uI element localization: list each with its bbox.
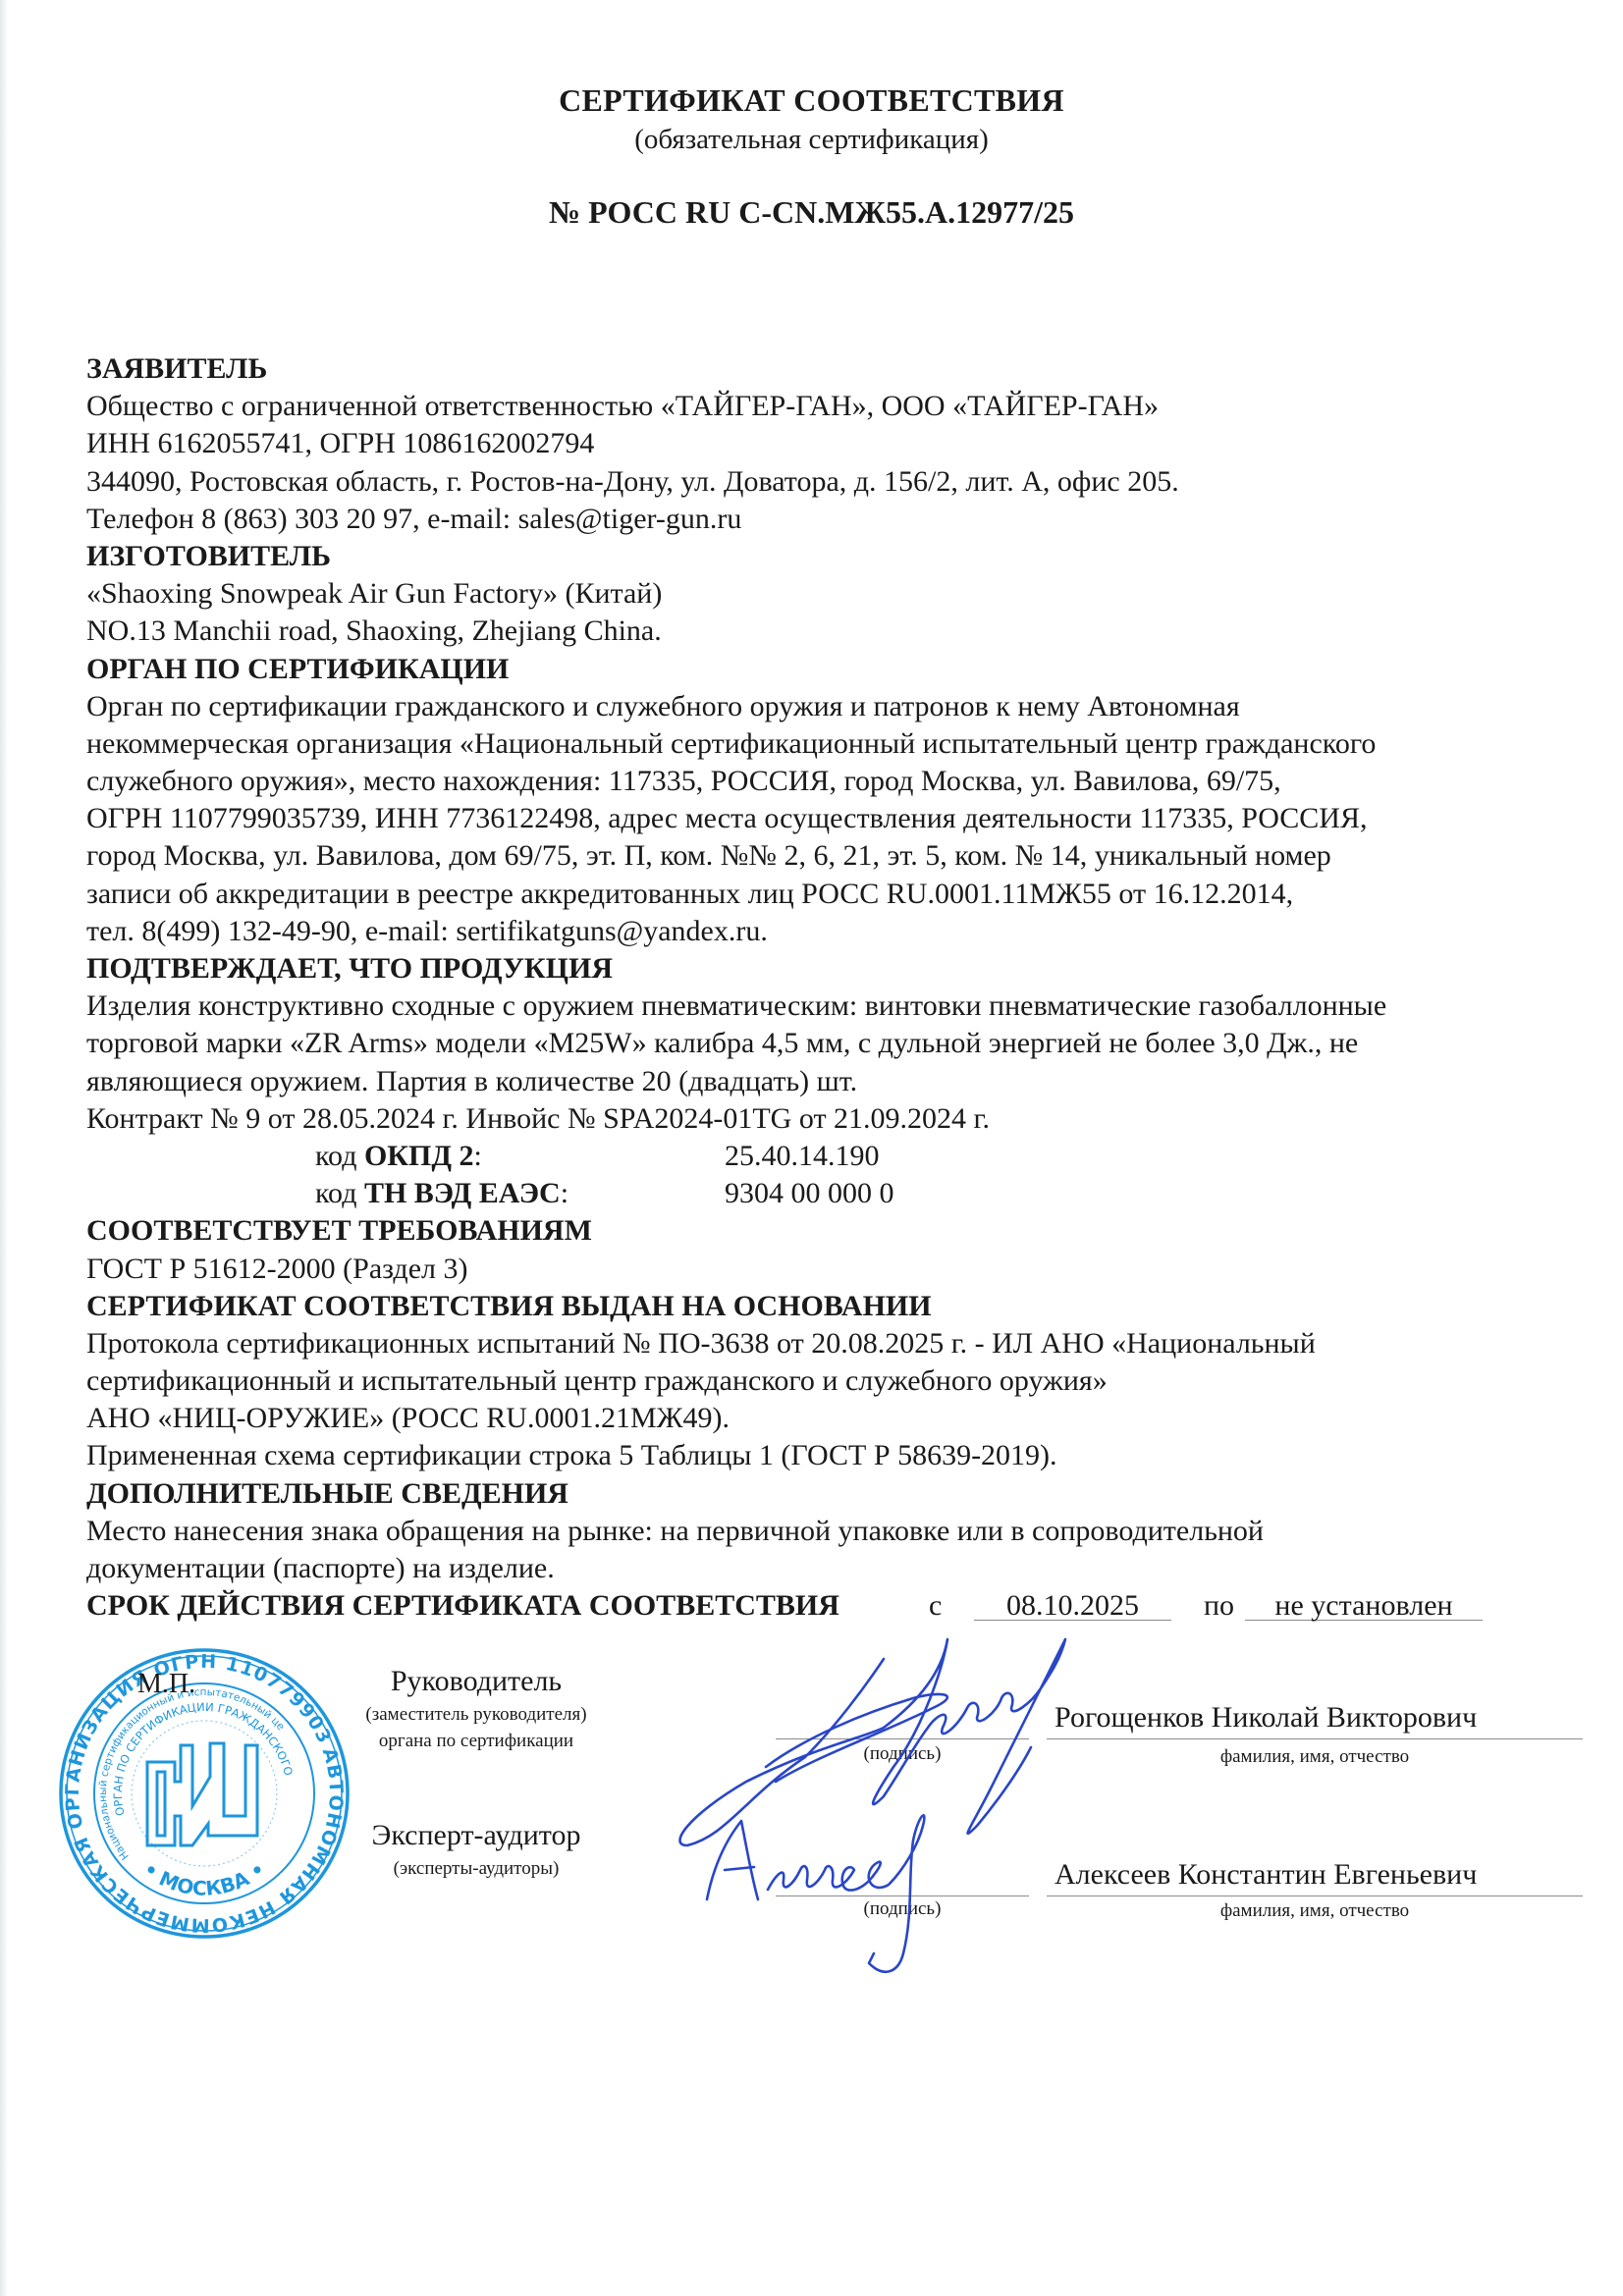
- handwritten-signatures: [0, 0, 1623, 2296]
- head-signature-icon: [680, 1639, 1066, 1845]
- expert-signature-icon: [707, 1815, 924, 1971]
